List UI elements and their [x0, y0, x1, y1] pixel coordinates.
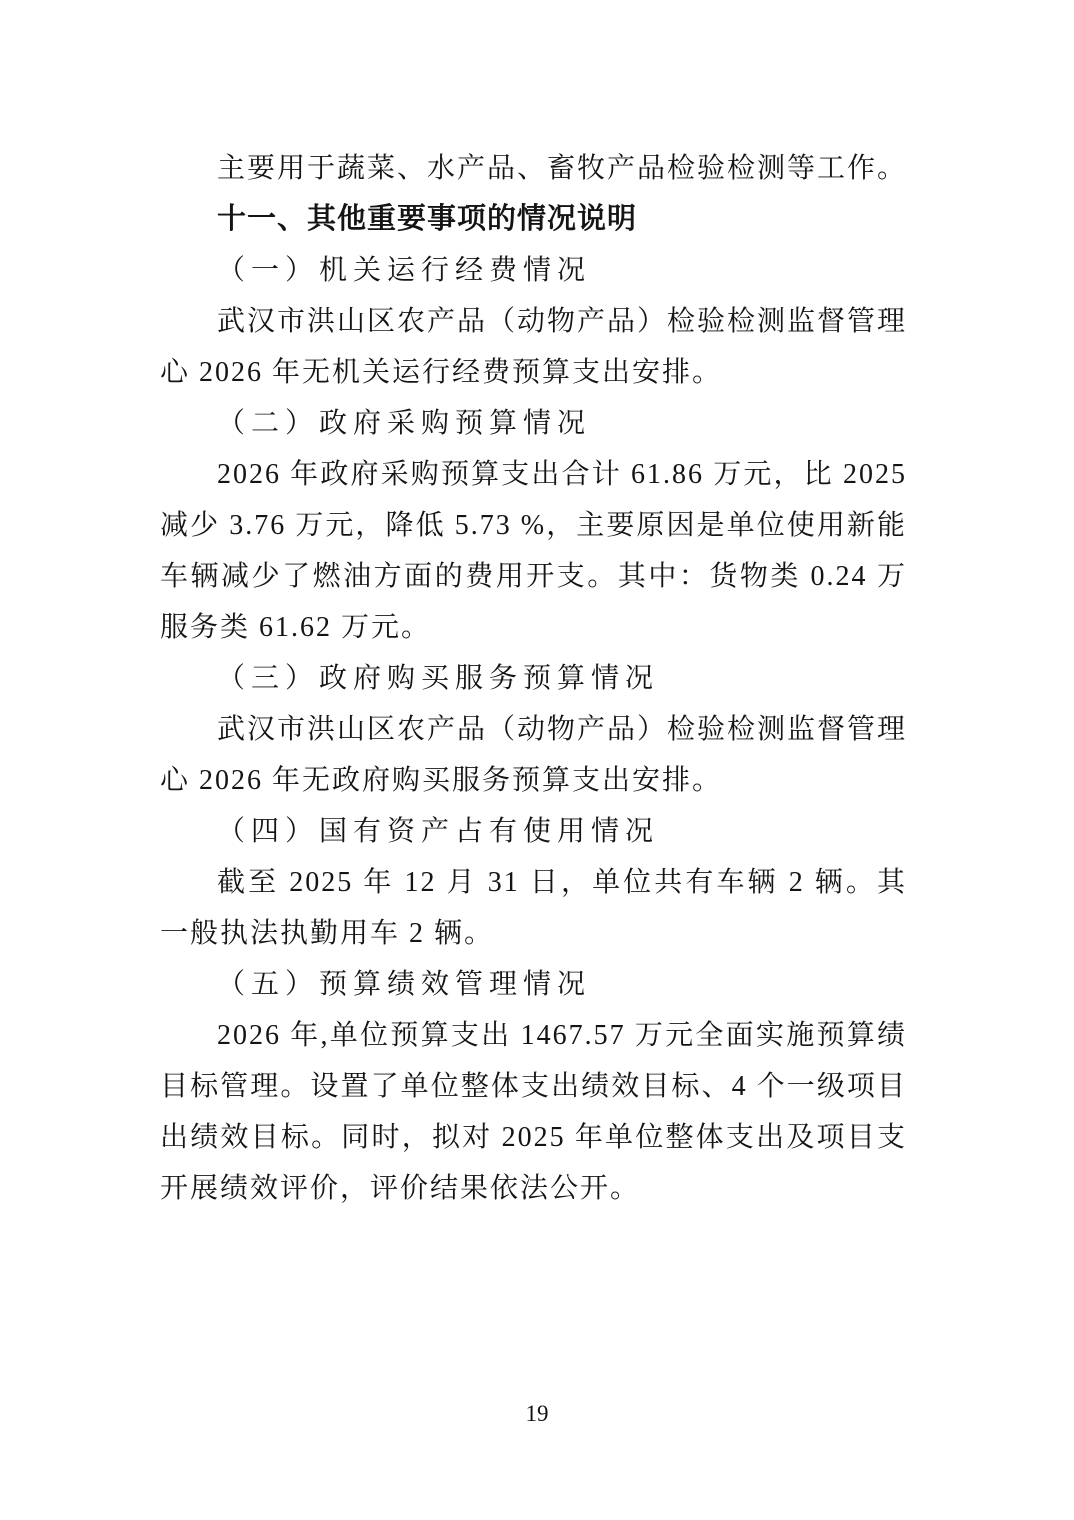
subsection-heading: （三）政府购买服务预算情况: [160, 653, 907, 704]
paragraph-line: 减少 3.76 万元，降低 5.73 %，主要原因是单位使用新能源: [160, 500, 907, 551]
paragraph-line: 2026 年,单位预算支出 1467.57 万元全面实施预算绩效: [160, 1010, 907, 1061]
paragraph-line: 开展绩效评价，评价结果依法公开。: [160, 1163, 907, 1214]
subsection-heading: （二）政府采购预算情况: [160, 398, 907, 449]
paragraph-line: 一般执法执勤用车 2 辆。: [160, 908, 907, 959]
paragraph-line: 目标管理。设置了单位整体支出绩效目标、4 个一级项目支: [160, 1061, 907, 1112]
section-heading: 十一、其他重要事项的情况说明: [160, 194, 907, 245]
paragraph-line: 主要用于蔬菜、水产品、畜牧产品检验检测等工作。: [160, 143, 907, 194]
document-page: 主要用于蔬菜、水产品、畜牧产品检验检测等工作。 十一、其他重要事项的情况说明 （…: [0, 0, 1074, 1520]
paragraph-line: 心 2026 年无机关运行经费预算支出安排。: [160, 347, 907, 398]
subsection-heading: （一）机关运行经费情况: [160, 245, 907, 296]
paragraph-line: 2026 年政府采购预算支出合计 61.86 万元，比 2025 年: [160, 449, 907, 500]
paragraph-line: 车辆减少了燃油方面的费用开支。其中：货物类 0.24 万元，: [160, 551, 907, 602]
paragraph-line: 心 2026 年无政府购买服务预算支出安排。: [160, 755, 907, 806]
document-body: 主要用于蔬菜、水产品、畜牧产品检验检测等工作。 十一、其他重要事项的情况说明 （…: [160, 143, 907, 1214]
paragraph-line: 武汉市洪山区农产品（动物产品）检验检测监督管理中: [160, 296, 907, 347]
subsection-heading: （五）预算绩效管理情况: [160, 959, 907, 1010]
paragraph-line: 出绩效目标。同时，拟对 2025 年单位整体支出及项目支出: [160, 1112, 907, 1163]
paragraph-line: 武汉市洪山区农产品（动物产品）检验检测监督管理中: [160, 704, 907, 755]
page-number: 19: [0, 1398, 1074, 1430]
paragraph-line: 服务类 61.62 万元。: [160, 602, 907, 653]
subsection-heading: （四）国有资产占有使用情况: [160, 806, 907, 857]
paragraph-line: 截至 2025 年 12 月 31 日，单位共有车辆 2 辆。其中：: [160, 857, 907, 908]
